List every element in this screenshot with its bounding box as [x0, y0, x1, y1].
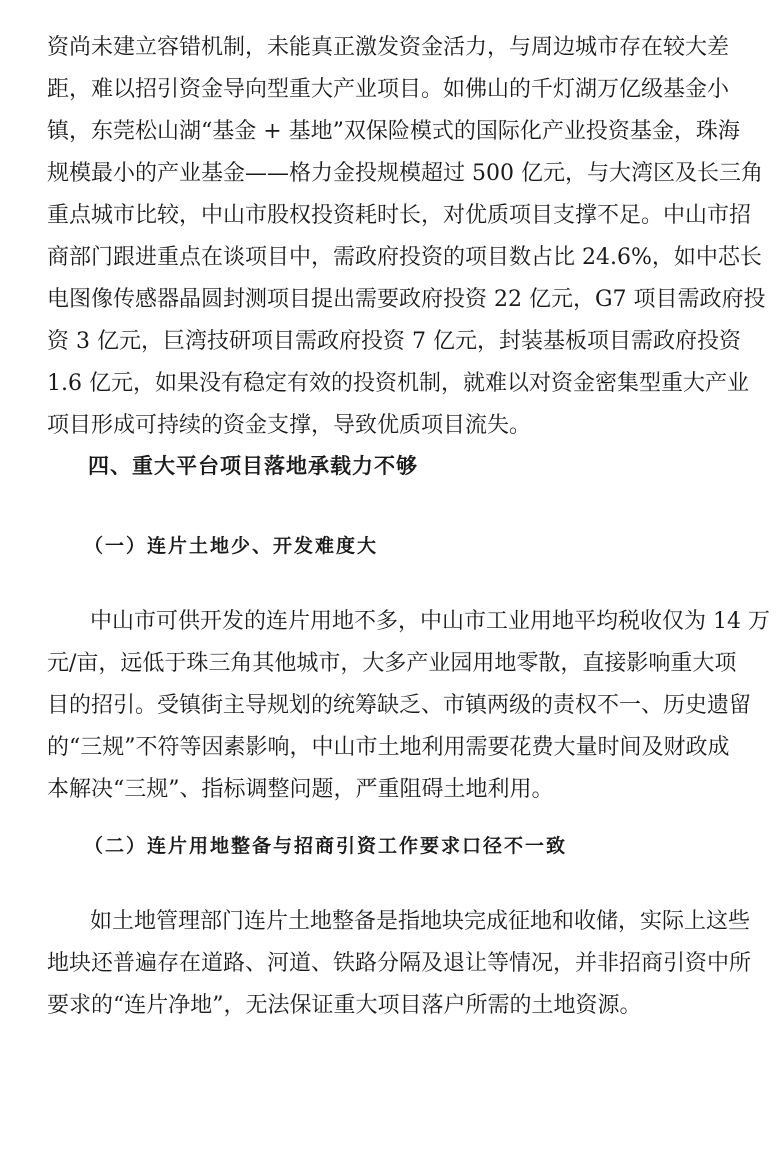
paragraph-line: 商部门跟进重点在谈项目中，需政府投资的项目数占比 24.6%，如中芯长: [47, 243, 729, 273]
paragraph-line: 资 3 亿元，巨湾技研项目需政府投资 7 亿元，封装基板项目需政府投资: [47, 327, 729, 357]
paragraph-line: 的“三规”不符等因素影响，中山市土地利用需要花费大量时间及财政成: [47, 733, 729, 763]
paragraph-line: 1.6 亿元，如果没有稳定有效的投资机制，就难以对资金密集型重大产业: [47, 369, 729, 399]
paragraph-line: 地块还普遍存在道路、河道、铁路分隔及退让等情况，并非招商引资中所: [47, 949, 729, 979]
paragraph-line: 要求的“连片净地”，无法保证重大项目落户所需的土地资源。: [47, 991, 729, 1021]
paragraph-line: 电图像传感器晶圆封测项目提出需要政府投资 22 亿元，G7 项目需政府投: [47, 285, 729, 315]
paragraph-line: 目的招引。受镇街主导规划的统筹缺乏、市镇两级的责权不一、历史遗留: [47, 691, 729, 721]
document-page: 资尚未建立容错机制，未能真正激发资金活力，与周边城市存在较大差 距，难以招引资金…: [0, 0, 780, 1165]
paragraph-line: 元/亩，远低于珠三角其他城市，大多产业园用地零散，直接影响重大项: [47, 649, 729, 679]
paragraph-line: 距，难以招引资金导向型重大产业项目。如佛山的千灯湖万亿级基金小: [47, 75, 729, 105]
paragraph-line: 项目形成可持续的资金支撑，导致优质项目流失。: [47, 411, 729, 441]
paragraph-line: 资尚未建立容错机制，未能真正激发资金活力，与周边城市存在较大差: [47, 33, 729, 63]
paragraph-line: 中山市可供开发的连片用地不多，中山市工业用地平均税收仅为 14 万: [90, 607, 729, 637]
paragraph-line: 规模最小的产业基金——格力金投规模超过 500 亿元，与大湾区及长三角: [47, 159, 729, 189]
paragraph-line: 如土地管理部门连片土地整备是指地块完成征地和收储，实际上这些: [90, 907, 729, 937]
section-heading: 四、重大平台项目落地承载力不够: [88, 451, 418, 481]
subsection-heading-1: （一）连片土地少、开发难度大: [84, 531, 378, 561]
paragraph-line: 镇，东莞松山湖“基金 + 基地”双保险模式的国际化产业投资基金，珠海: [47, 117, 729, 147]
paragraph-line: 本解决“三规”、指标调整问题，严重阻碍土地利用。: [47, 775, 729, 805]
paragraph-line: 重点城市比较，中山市股权投资耗时长，对优质项目支撑不足。中山市招: [47, 201, 729, 231]
subsection-heading-2: （二）连片用地整备与招商引资工作要求口径不一致: [84, 831, 567, 861]
